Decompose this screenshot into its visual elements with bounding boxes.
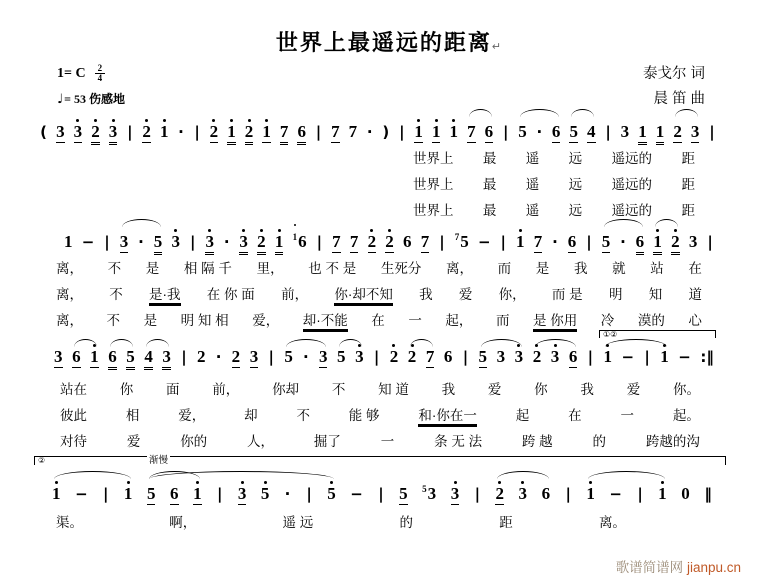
lyric-segment: 远: [569, 150, 583, 167]
lyric-segment: 离。: [599, 514, 626, 531]
underline-beams: [147, 504, 156, 509]
underline-beams: [619, 252, 626, 257]
music-symbol: ·: [223, 227, 230, 257]
underline-beams: [609, 504, 622, 509]
note-character: 1: [603, 348, 612, 366]
note-character: 3: [689, 233, 698, 251]
note-character: 2: [533, 348, 542, 366]
note-character: 5: [261, 485, 270, 503]
note-character: 1: [450, 123, 459, 141]
note-character: |: [269, 348, 274, 366]
lyric-segment: 啊，: [169, 514, 196, 531]
music-note: 1: [658, 479, 667, 509]
note-character: 5: [126, 348, 135, 366]
lyric-segment: 我: [580, 381, 594, 398]
lyric-segment: 漠的: [638, 312, 665, 329]
underline-beams: [268, 367, 275, 372]
note-character: 6: [568, 233, 577, 251]
music-note: 1: [64, 227, 73, 257]
underline-beams: [91, 142, 100, 147]
note-character: 3: [250, 348, 259, 366]
lyric-segment: 离，: [56, 312, 83, 329]
music-symbol: −: [478, 227, 491, 257]
note-character: 2: [385, 233, 394, 251]
music-symbol: |: [373, 342, 380, 372]
note-character: 1: [656, 123, 665, 141]
lyric-segment: 站在: [60, 381, 87, 398]
slur-arc: [535, 339, 576, 347]
underline-beams: [366, 142, 373, 147]
grace-note: 7: [455, 228, 460, 246]
note-character: |: [374, 348, 379, 366]
lyrics-row: 世界上最遥远遥远的距: [413, 150, 695, 176]
underline-beams: [332, 252, 341, 257]
return-mark: ↵: [492, 41, 501, 53]
music-note: 1: [638, 117, 647, 147]
time-signature: 2 4: [95, 64, 106, 83]
lyric-segment: 能 够: [349, 407, 380, 424]
music-symbol: |: [268, 342, 275, 372]
underline-beams: [708, 142, 715, 147]
lyric-segment: 爱，: [252, 312, 279, 329]
lyric-segment: 心: [688, 312, 702, 329]
music-symbol: |: [439, 227, 446, 257]
underline-beams: [373, 367, 380, 372]
slur-arc: [675, 109, 698, 117]
note-character: ): [382, 123, 389, 141]
lyric-segment: 远: [569, 176, 583, 193]
music-note: 53: [422, 479, 436, 509]
lyric-segment: 遥 远: [282, 514, 313, 531]
note-character: 2: [673, 123, 682, 141]
underline-beams: [444, 367, 453, 372]
music-note: 2: [257, 227, 266, 257]
underline-beams: [422, 504, 436, 509]
lyric-segment: 彼此: [60, 407, 87, 424]
music-note: 7: [280, 117, 289, 147]
music-symbol: |: [377, 479, 384, 509]
underline-beams: [262, 142, 271, 147]
lyric-segment: 相: [126, 407, 140, 424]
note-character: 7: [426, 348, 435, 366]
underline-beams: [673, 142, 682, 147]
note-character: −: [478, 233, 491, 251]
underline-beams: [232, 367, 241, 372]
note-character: ·: [536, 123, 542, 141]
note-character: (: [40, 123, 47, 141]
key-signature: 1= C 2 4: [57, 64, 105, 83]
lyric-segment: 爱: [459, 286, 473, 303]
note-character: −: [609, 485, 622, 503]
music-symbol: ‖: [704, 479, 712, 509]
lyric-segment: 是: [146, 260, 160, 277]
music-tokens-row: 1−|1561|35·|5−|5533|236|1−|10‖: [52, 479, 712, 509]
lyric-segment: 最: [483, 176, 497, 193]
music-note: 1: [586, 479, 595, 509]
note-character: |: [709, 123, 714, 141]
underline-beams: [536, 142, 543, 147]
music-note: 3: [56, 117, 65, 147]
music-note: 5: [399, 479, 408, 509]
music-note: 2: [385, 227, 394, 257]
underline-beams: [52, 504, 61, 509]
underline-beams: [518, 142, 527, 147]
underline-beams: [585, 252, 592, 257]
note-character: ·: [367, 123, 373, 141]
note-character: 6: [542, 485, 551, 503]
note-character: |: [194, 123, 199, 141]
underline-beams: [653, 252, 662, 257]
underline-beams: [678, 367, 691, 372]
lyric-segment: 距: [681, 176, 695, 193]
underline-beams: [315, 142, 322, 147]
lyric-segment: 世界上: [413, 176, 454, 193]
note-character: 2: [210, 123, 219, 141]
note-character: 6: [569, 348, 578, 366]
underline-beams: [587, 367, 594, 372]
underline-beams: [302, 367, 309, 372]
slur-arc: [286, 339, 326, 347]
volta-2-bracket: ② 渐慢: [34, 456, 726, 465]
slur-arc: [588, 471, 665, 479]
music-note: 5: [327, 479, 336, 509]
lyrics-row: 渠。啊，遥 远的距离。: [56, 514, 626, 540]
note-character: |: [306, 485, 311, 503]
music-symbol: −: [75, 479, 88, 509]
lyric-segment: 条 无 法: [434, 433, 482, 450]
music-note: 3: [621, 117, 630, 147]
slur-arc: [410, 339, 433, 347]
music-note: 75: [455, 227, 469, 257]
note-character: 1: [653, 233, 662, 251]
underline-beams: [502, 142, 509, 147]
note-character: 3: [621, 123, 630, 141]
underline-beams: [142, 142, 151, 147]
underline-beams: [689, 252, 698, 257]
lyrics-group-2: 离，不是相 隔 千里，也 不 是生死分离，而是我就站在离，不是·我在 你 面前，…: [56, 260, 702, 338]
note-character: |: [707, 233, 712, 251]
underline-beams: [474, 504, 481, 509]
underline-beams: [399, 504, 408, 509]
slur-arc: [54, 471, 131, 479]
underline-beams: [40, 142, 47, 147]
underline-beams: [124, 504, 133, 509]
note-character: 6: [485, 123, 494, 141]
note-character: 7: [467, 123, 476, 141]
note-character: 5: [327, 485, 336, 503]
lyric-segment: 和·你在一: [418, 407, 477, 425]
underline-beams: [691, 142, 700, 147]
note-character: 1: [586, 485, 595, 503]
note-character: ·: [138, 233, 144, 251]
note-character: 7: [421, 233, 430, 251]
music-note: 3: [451, 479, 460, 509]
underline-beams: [451, 504, 460, 509]
underline-beams: [160, 142, 169, 147]
music-note: 1: [275, 227, 284, 257]
underline-beams: [700, 367, 714, 372]
underline-beams: [479, 367, 488, 372]
note-character: 1: [64, 233, 73, 251]
underline-beams: [533, 367, 542, 372]
underline-beams: [656, 142, 665, 147]
music-symbol: |: [462, 342, 469, 372]
music-symbol: :‖: [700, 342, 714, 372]
lyric-segment: 我: [419, 286, 433, 303]
underline-beams: [54, 367, 63, 372]
music-note: 3: [74, 117, 83, 147]
music-symbol: ·: [536, 117, 543, 147]
lyric-segment: 渠。: [56, 514, 83, 531]
underline-beams: [638, 142, 647, 147]
lyric-segment: 一: [408, 312, 422, 329]
lyric-segment: 明 知 相: [181, 312, 229, 329]
underline-beams: [239, 252, 248, 257]
music-symbol: (: [40, 117, 47, 147]
underline-beams: [439, 252, 446, 257]
note-character: |: [605, 123, 610, 141]
note-character: 3: [239, 233, 248, 251]
music-symbol: |: [605, 117, 612, 147]
music-note: 5: [147, 479, 156, 509]
lyric-segment: 爱: [127, 433, 141, 450]
underline-beams: [398, 142, 405, 147]
underline-beams: [551, 252, 558, 257]
lyric-segment: 不: [108, 260, 122, 277]
underline-beams: [227, 142, 236, 147]
music-note: 1: [653, 227, 662, 257]
note-character: 5: [602, 233, 611, 251]
sheet-music-page: 世界上最遥远的距离↵ 1= C 2 4 ♩= 53 伤感地 泰戈尔 词 晨 笛 …: [0, 0, 777, 586]
lyric-segment: 是: [144, 312, 158, 329]
lyric-segment: 跨 越: [522, 433, 553, 450]
underline-beams: [284, 504, 291, 509]
lyric-segment: 起。: [673, 407, 700, 424]
underline-beams: [284, 367, 293, 372]
note-character: |: [439, 233, 444, 251]
grace-note: 5: [422, 480, 427, 498]
underline-beams: [516, 252, 525, 257]
lyrics-row: 离，不是·我在 你 面前，你·却不知我爱你，而 是明知道: [56, 286, 702, 312]
lyrics-row: 彼此相爱，却不能 够和·你在一起在一起。: [60, 407, 700, 433]
note-character: 6: [444, 348, 453, 366]
underline-beams: [350, 504, 363, 509]
music-symbol: |: [126, 117, 133, 147]
underline-beams: [109, 142, 118, 147]
underline-beams: [497, 367, 506, 372]
song-title-text: 世界上最遥远的距离: [276, 30, 492, 55]
music-symbol: |: [194, 117, 201, 147]
lyric-segment: 前，: [281, 286, 308, 303]
note-character: 7: [534, 233, 543, 251]
underline-beams: [658, 504, 667, 509]
slur-arc: [520, 109, 559, 117]
music-note: 0: [681, 479, 690, 509]
music-symbol: ·: [284, 479, 291, 509]
note-character: 3: [54, 348, 63, 366]
lyric-segment: 在: [568, 407, 582, 424]
ritardando-marking: 渐慢: [147, 452, 170, 466]
music-note: 7: [349, 117, 358, 147]
note-character: 1: [227, 123, 236, 141]
music-note: 1: [193, 479, 202, 509]
underline-beams: [72, 367, 81, 372]
music-note: 4: [587, 117, 596, 147]
note-character: 3: [515, 348, 524, 366]
underline-beams: [377, 504, 384, 509]
underline-beams: [426, 367, 435, 372]
lyric-segment: 而: [498, 260, 512, 277]
underline-beams: [636, 252, 645, 257]
underline-beams: [154, 252, 163, 257]
lyric-segment: 人，: [247, 433, 274, 450]
note-character: 5: [399, 485, 408, 503]
music-line-1: (3323|21·|212176|77·)|11176|5·654|31123|: [40, 105, 716, 147]
note-character: |: [503, 123, 508, 141]
slur-arc: [339, 339, 362, 347]
note-character: 3: [691, 123, 700, 141]
lyric-segment: 生死分: [381, 260, 422, 277]
underline-beams: [421, 252, 430, 257]
note-character: |: [317, 233, 322, 251]
note-character: 1: [124, 485, 133, 503]
music-symbol: |: [587, 342, 594, 372]
music-note: 3: [54, 342, 63, 372]
lyric-segment: 遥: [526, 176, 540, 193]
note-character: 5: [147, 485, 156, 503]
underline-beams: [368, 252, 377, 257]
music-symbol: |: [306, 479, 313, 509]
note-character: 1: [432, 123, 441, 141]
note-character: ·: [216, 348, 222, 366]
slur-arc: [655, 219, 678, 227]
note-character: 6: [72, 348, 81, 366]
note-character: |: [463, 348, 468, 366]
music-note: 16: [293, 227, 307, 257]
underline-beams: [350, 252, 359, 257]
slur-arc: [110, 339, 133, 347]
note-character: |: [103, 485, 108, 503]
note-character: 1: [275, 233, 284, 251]
lyric-segment: 是·我: [149, 286, 181, 304]
note-character: 4: [587, 123, 596, 141]
underline-beams: [587, 142, 596, 147]
underline-beams: [327, 504, 336, 509]
music-note: 5: [602, 227, 611, 257]
lyricist-credit: 泰戈尔 词: [643, 62, 705, 87]
underline-beams: [602, 252, 611, 257]
underline-beams: [162, 367, 171, 372]
slur-arc: [481, 339, 522, 347]
lyric-segment: 对待: [60, 433, 87, 450]
underline-beams: [660, 367, 669, 372]
music-note: 5: [518, 117, 527, 147]
music-note: 3: [239, 227, 248, 257]
underline-beams: [205, 252, 214, 257]
music-note: 2: [671, 227, 680, 257]
note-character: 3: [171, 233, 180, 251]
music-symbol: −: [678, 342, 691, 372]
underline-beams: [108, 367, 117, 372]
lyric-segment: 是 你用: [533, 312, 577, 330]
underline-beams: [293, 252, 307, 257]
music-symbol: −: [82, 227, 95, 257]
underline-beams: [644, 367, 651, 372]
note-character: ·: [620, 233, 626, 251]
underline-beams: [450, 142, 459, 147]
underline-beams: [432, 142, 441, 147]
music-symbol: −: [609, 479, 622, 509]
note-character: 7: [280, 123, 289, 141]
lyric-segment: 在: [371, 312, 385, 329]
note-character: 2: [232, 348, 241, 366]
underline-beams: [75, 504, 88, 509]
music-note: 7: [534, 227, 543, 257]
volta-bracket: ①②: [599, 330, 716, 338]
lyrics-group-3: 站在你面前，你却不知 道我爱你我爱你。彼此相爱，却不能 够和·你在一起在一起。对…: [60, 381, 700, 459]
music-note: 1: [52, 479, 61, 509]
lyric-segment: 在: [688, 260, 702, 277]
underline-beams: [250, 367, 259, 372]
lyric-segment: 前，: [212, 381, 239, 398]
lyric-segment: 爱，: [178, 407, 205, 424]
note-character: 3: [120, 233, 129, 251]
music-note: 3: [120, 227, 129, 257]
note-character: 5: [569, 123, 578, 141]
music-note: 2: [142, 117, 151, 147]
underline-beams: [408, 367, 417, 372]
underline-beams: [194, 142, 201, 147]
note-character: 2: [368, 233, 377, 251]
underline-beams: [178, 142, 185, 147]
music-symbol: |: [502, 117, 509, 147]
music-note: 1: [160, 117, 169, 147]
note-character: 1: [660, 348, 669, 366]
underline-beams: [622, 367, 635, 372]
lyric-segment: 知 道: [378, 381, 409, 398]
music-note: 3: [691, 117, 700, 147]
lyric-segment: 我: [442, 381, 456, 398]
watermark-site-name: 歌谱简谱网: [616, 560, 684, 575]
underline-beams: [467, 142, 476, 147]
note-character: 5: [284, 348, 293, 366]
note-character: 3: [162, 348, 171, 366]
lyric-segment: 不: [296, 407, 310, 424]
note-character: |: [586, 233, 591, 251]
note-character: 1: [193, 485, 202, 503]
music-tokens-row: (3323|21·|212176|77·)|11176|5·654|31123|: [40, 117, 716, 147]
underline-beams: [257, 252, 266, 257]
note-character: −: [622, 348, 635, 366]
underline-beams: [319, 367, 328, 372]
lyric-segment: 跨越的沟: [646, 433, 700, 450]
lyric-segment: 遥远的: [612, 150, 653, 167]
note-character: 3: [74, 123, 83, 141]
music-note: 2: [245, 117, 254, 147]
music-note: 3: [171, 227, 180, 257]
lyric-segment: 而: [496, 312, 510, 329]
note-character: −: [82, 233, 95, 251]
underline-beams: [605, 142, 612, 147]
music-line-3: 3616543|2·23|5·353|2276|533236|1−|1−:‖①②: [54, 330, 714, 372]
underline-beams: [681, 504, 690, 509]
underline-beams: [245, 142, 254, 147]
music-note: 6: [170, 479, 179, 509]
note-character: 4: [144, 348, 153, 366]
underline-beams: [621, 142, 630, 147]
lyric-segment: 你。: [673, 381, 700, 398]
note-character: 7: [331, 123, 340, 141]
